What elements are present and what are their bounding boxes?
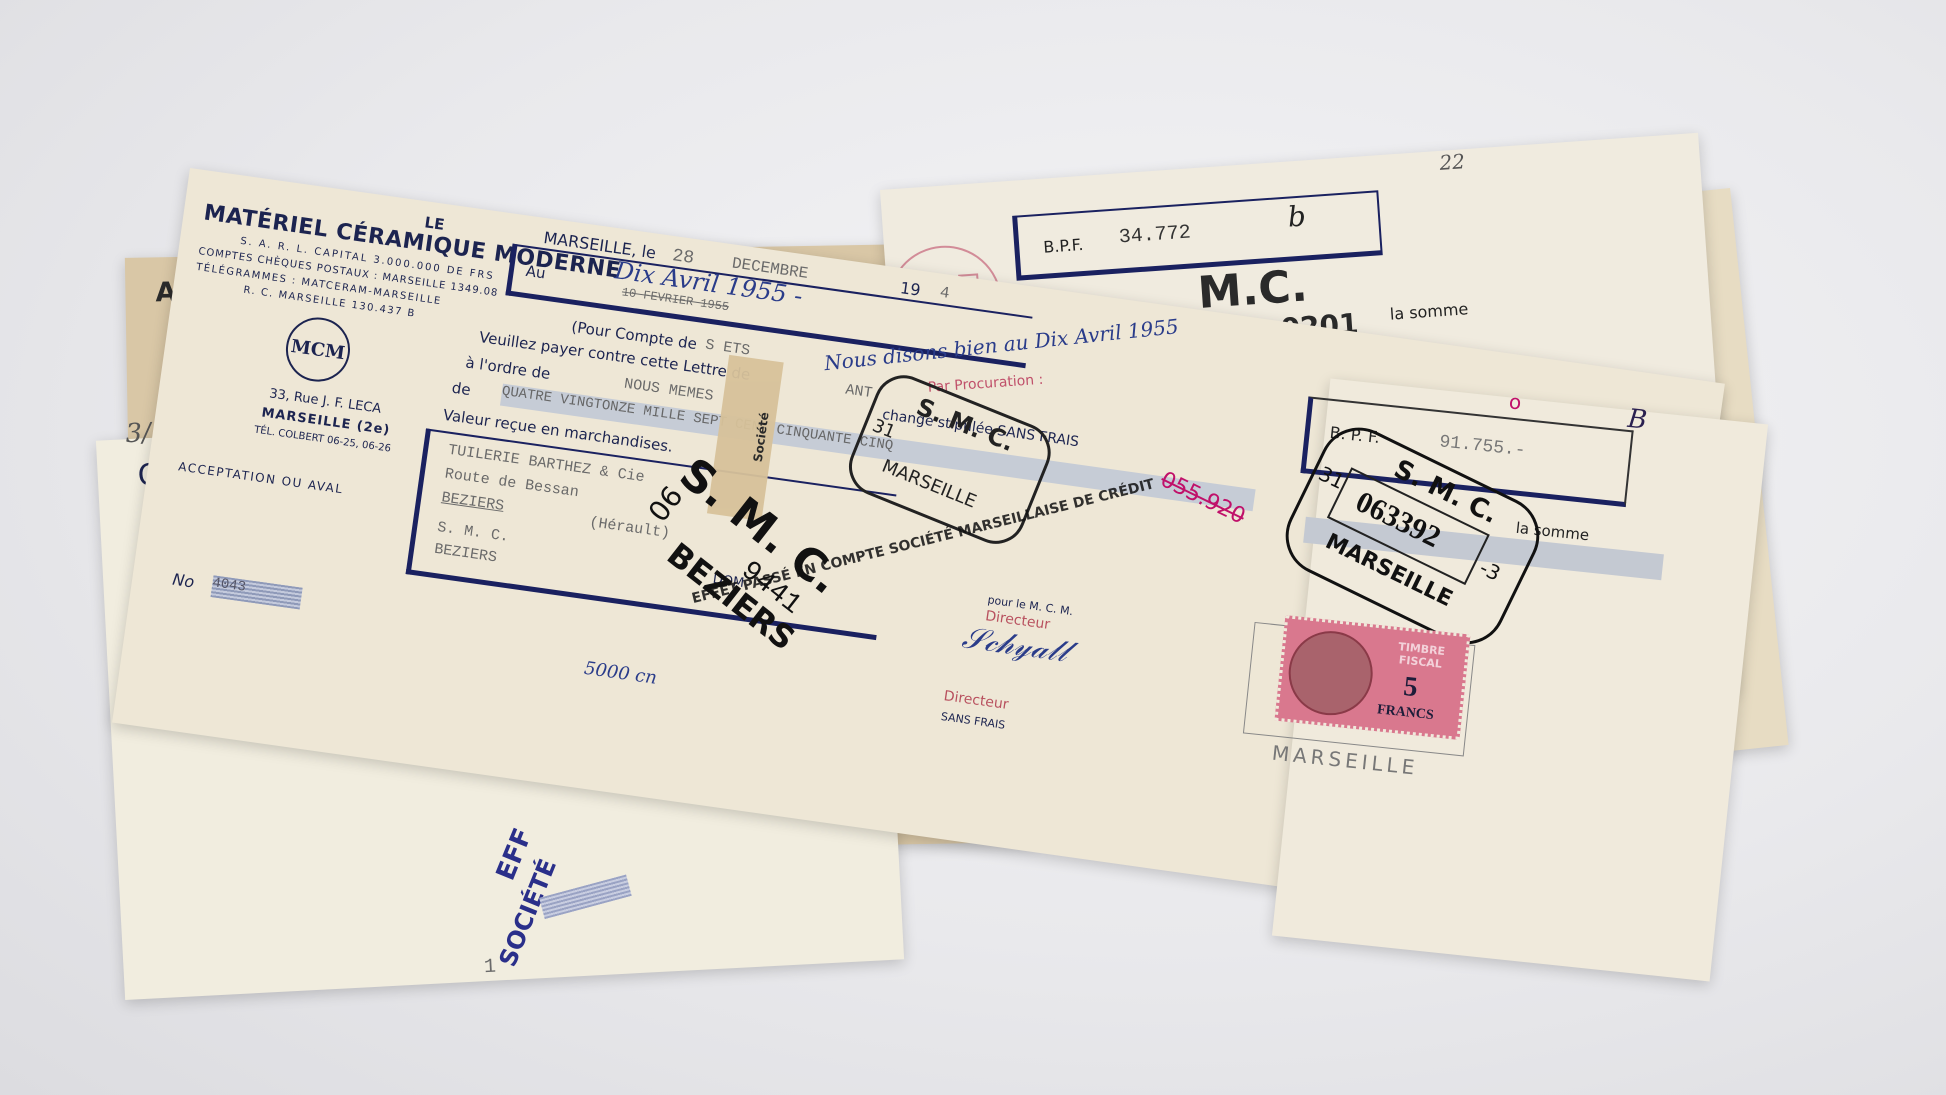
mcm-logo-icon: MCM bbox=[282, 313, 354, 385]
fiscal-stamp: TIMBRE FISCAL 5 FRANCS bbox=[1274, 615, 1470, 740]
director-signature: 𝒮𝒸𝒽𝓎𝒶𝓁𝓁 bbox=[960, 620, 1070, 669]
serial-number: 4043 bbox=[210, 575, 302, 609]
drawee-box: TUILERIE BARTHEZ & Cie Route de Bessan B… bbox=[406, 428, 897, 640]
marianne-portrait-icon bbox=[1285, 627, 1377, 719]
right-bill: B. P. F. 91.755.- o B 055.920 la somme S… bbox=[1272, 379, 1768, 982]
